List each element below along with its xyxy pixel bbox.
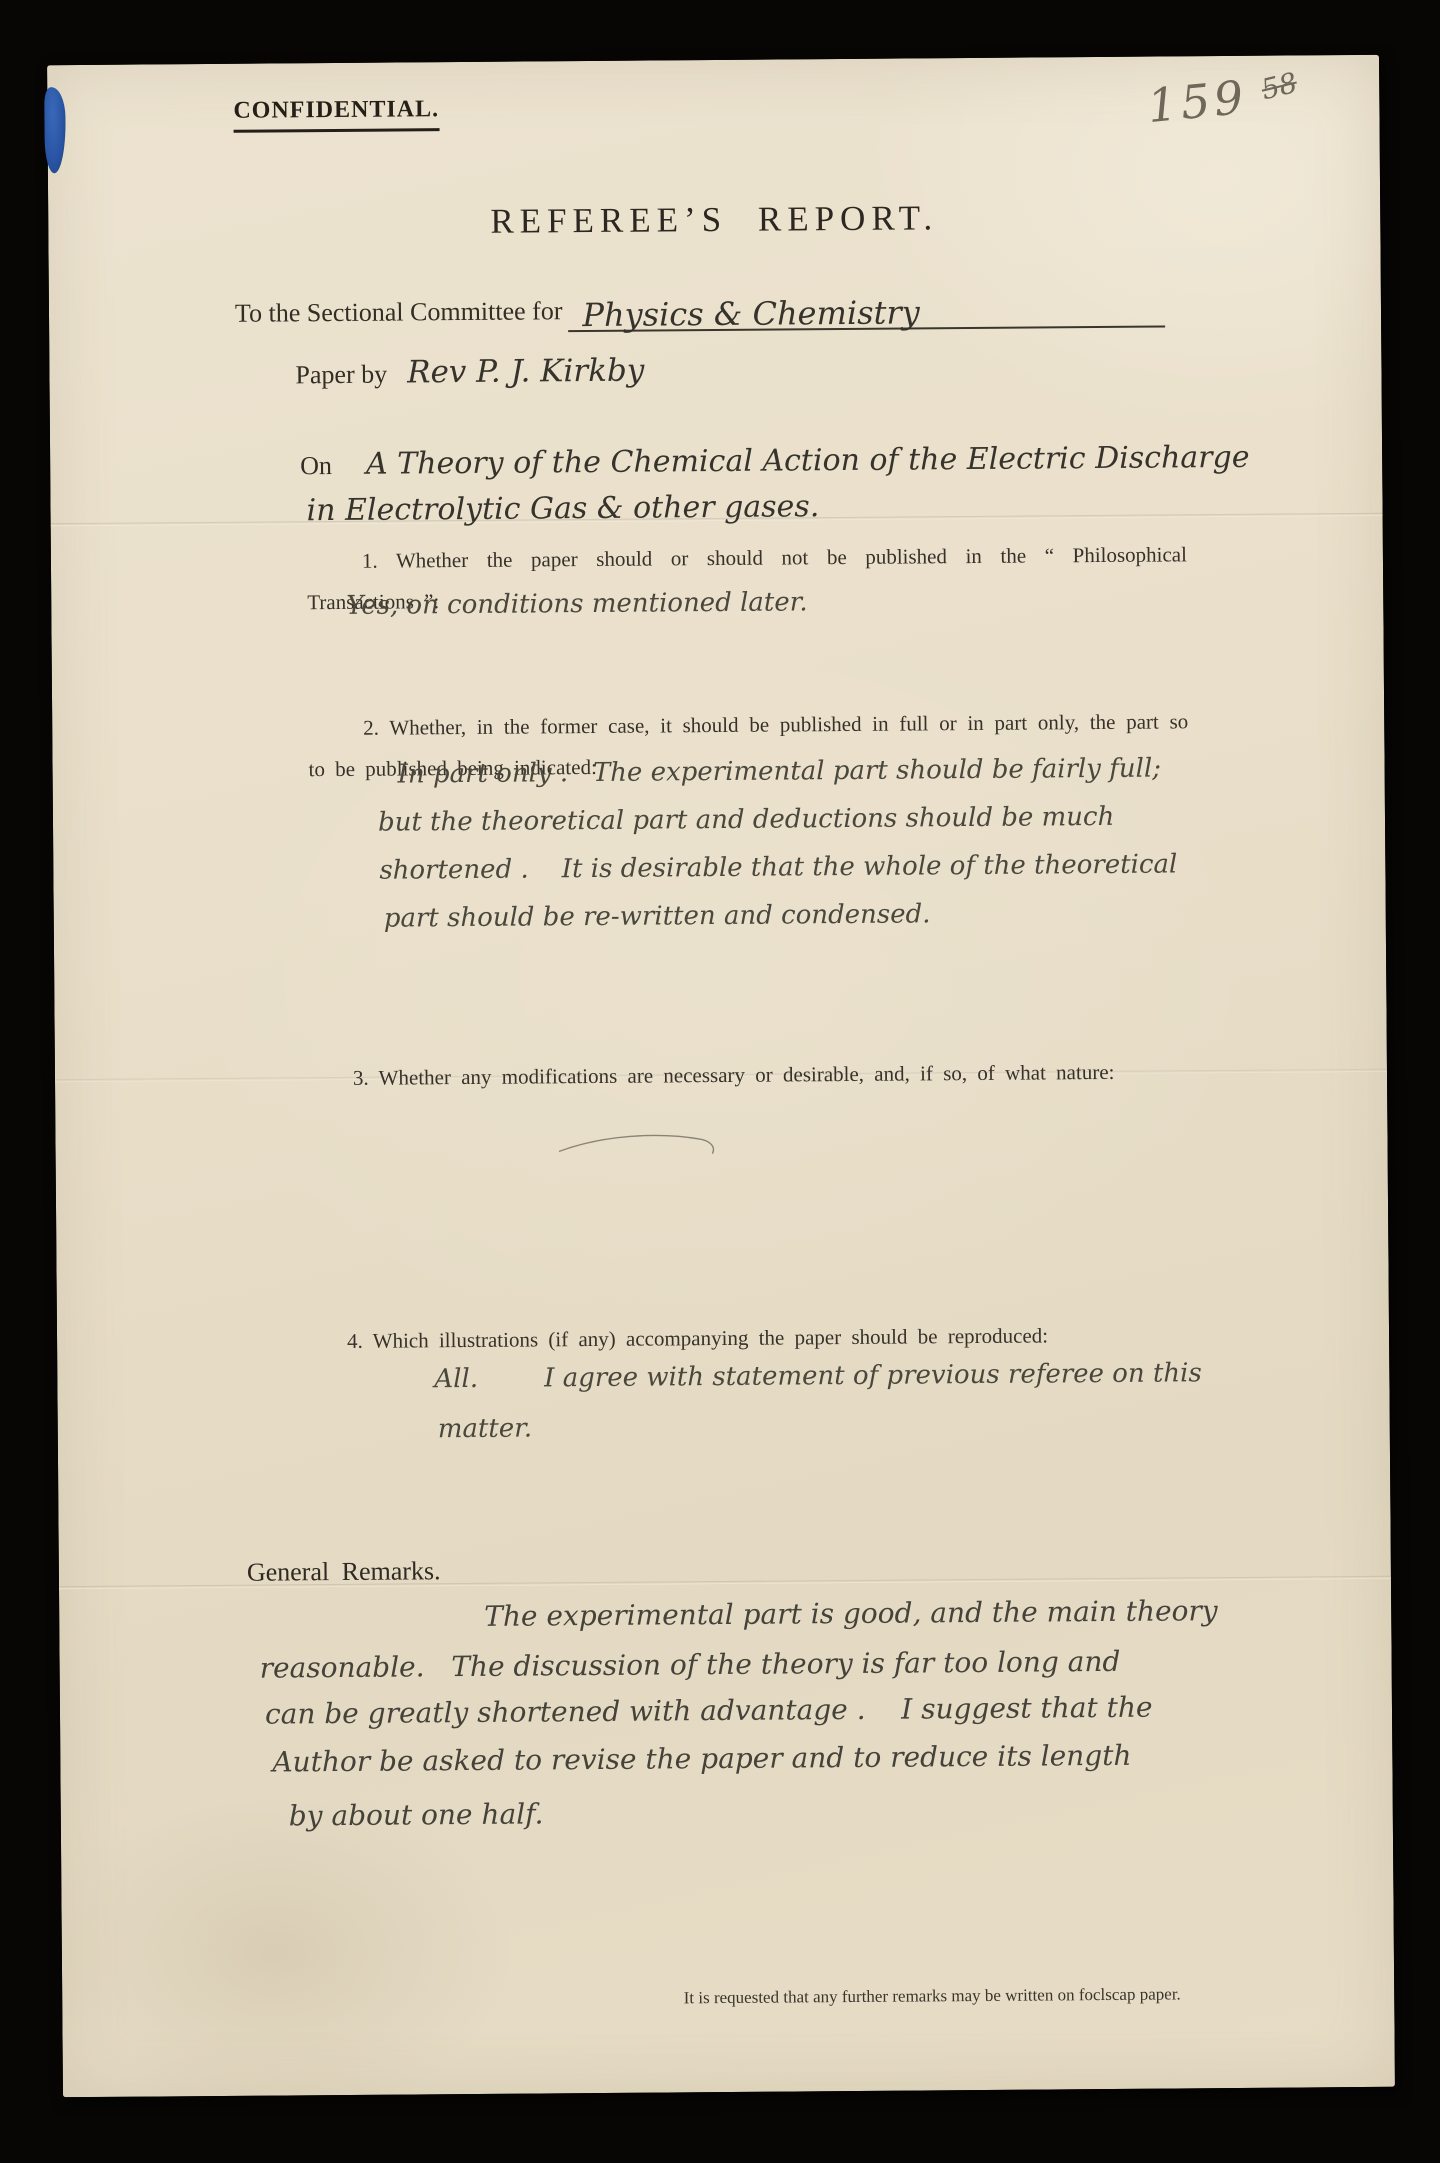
- committee-label: To the Sectional Committee for: [235, 296, 563, 329]
- subject-line-1: On A Theory of the Chemical Action of th…: [300, 440, 1250, 482]
- general-remarks-heading: General Remarks.: [247, 1556, 441, 1588]
- question-3-text: 3. Whether any modifications are necessa…: [353, 1052, 1115, 1099]
- folio-number: 159 58: [1145, 65, 1300, 133]
- page-title: REFEREE’S REPORT.: [48, 195, 1380, 245]
- general-remarks-line: Author be asked to revise the paper and …: [272, 1739, 1131, 1779]
- confidential-stamp: CONFIDENTIAL.: [233, 96, 439, 133]
- answer-2-line: part should be re-written and condensed.: [384, 899, 931, 933]
- folio-number-main: 159: [1145, 70, 1249, 133]
- answer-4-line: matter.: [438, 1413, 533, 1444]
- paper-by-line: Paper by Rev P. J. Kirkby: [295, 353, 644, 392]
- paper-by-label: Paper by: [295, 360, 387, 390]
- subject-handwritten-line1: A Theory of the Chemical Action of the E…: [366, 440, 1250, 482]
- answer-1-handwritten: Yes, on conditions mentioned later.: [346, 587, 807, 621]
- paper-by-handwritten-value: Rev P. J. Kirkby: [407, 353, 644, 391]
- question-4-text: 4. Which illustrations (if any) accompan…: [347, 1315, 1048, 1362]
- general-remarks-line: can be greatly shortened with advantage …: [265, 1691, 1153, 1731]
- answer-2-line: but the theoretical part and deductions …: [378, 802, 1115, 838]
- answer-2-line: In part only . The experimental part sho…: [398, 754, 1162, 790]
- answer-2-line: shortened . It is desirable that the who…: [379, 849, 1177, 885]
- general-remarks-line: reasonable. The discussion of the theory…: [260, 1645, 1121, 1685]
- committee-line: To the Sectional Committee for Physics &…: [235, 289, 1165, 328]
- scan-background: CONFIDENTIAL. 159 58 REFEREE’S REPORT. T…: [0, 0, 1440, 2163]
- subject-label: On: [300, 451, 332, 480]
- referee-report-page: CONFIDENTIAL. 159 58 REFEREE’S REPORT. T…: [47, 55, 1395, 2097]
- blue-ink-edge-mark: [44, 87, 66, 173]
- committee-handwritten-value: Physics & Chemistry: [568, 295, 1165, 332]
- pencil-mark: [555, 1126, 725, 1157]
- footer-instruction: It is requested that any further remarks…: [622, 1984, 1242, 2009]
- folio-number-struck: 58: [1258, 66, 1300, 106]
- general-remarks-line: The experimental part is good, and the m…: [484, 1594, 1218, 1633]
- answer-4-line: All. I agree with statement of previous …: [434, 1358, 1202, 1394]
- subject-handwritten-line2: in Electrolytic Gas & other gases.: [306, 489, 819, 528]
- general-remarks-line: by about one half.: [289, 1797, 544, 1832]
